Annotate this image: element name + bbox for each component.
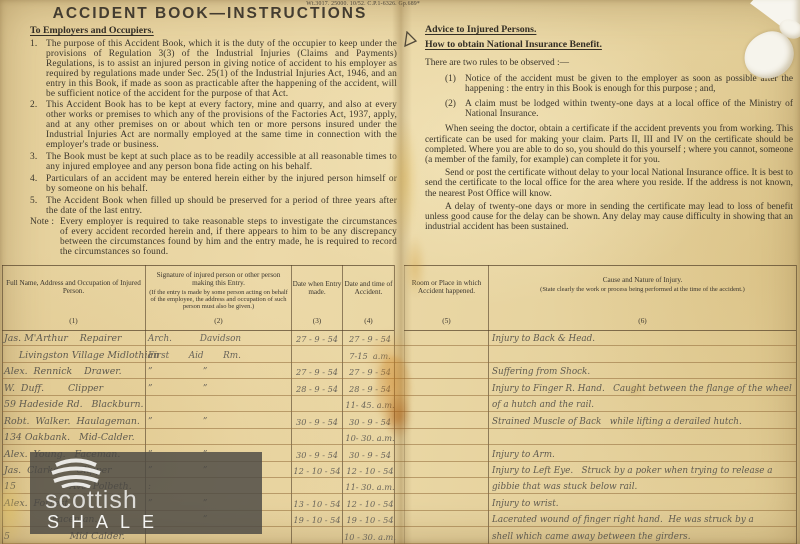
cause-cell: Injury to Left Eye. Struck by a poker wh… — [492, 466, 772, 476]
col-header-name: Full Name, Address and Occupation of Inj… — [2, 266, 145, 330]
item-number: 2. — [30, 101, 46, 151]
advice-paragraph: Send or post the certificate without del… — [425, 168, 793, 199]
cause-cell: gibbie that was stuck below rail. — [492, 482, 637, 492]
watermark: scottish SHALE — [30, 452, 262, 534]
instruction-list: 1. The purpose of this Accident Book, wh… — [30, 40, 397, 258]
globe-icon — [48, 458, 104, 488]
advice-column: Advice to Injured Persons. How to obtain… — [425, 24, 793, 235]
center-fold-shadow — [392, 0, 412, 544]
instruction-item: Note : Every employer is required to tak… — [30, 218, 397, 258]
entry-date-cell: 19 - 10 - 54 — [291, 515, 343, 525]
col-header-room: Room or Place in which Accident happened… — [405, 266, 488, 330]
item-text: The purpose of this Accident Book, which… — [46, 40, 397, 99]
accident-date-cell: 7-15 a.m. — [343, 351, 397, 361]
accident-date-cell: 27 - 9 - 54 — [343, 367, 397, 377]
benefit-heading: How to obtain National Insurance Benefit… — [425, 39, 793, 50]
accident-date-cell: 28 - 9 - 54 — [343, 384, 397, 394]
signature-cell: First Aid Rm. — [148, 351, 241, 361]
rule-text: A claim must be lodged within twenty-one… — [465, 99, 793, 119]
accident-date-cell: 11- 45. a.m. — [343, 400, 397, 410]
item-text: Particulars of an accident may be entere… — [46, 175, 397, 195]
rule-item: (1) Notice of the accident must be given… — [445, 74, 793, 94]
employers-heading: To Employers and Occupiers. — [30, 25, 397, 36]
rules-list: (1) Notice of the accident must be given… — [425, 74, 793, 119]
advice-paragraph: When seeing the doctor, obtain a certifi… — [425, 124, 793, 165]
table-border — [796, 265, 797, 544]
name-cell: Livingston Village Midlothian — [4, 350, 159, 361]
col-header-entry-date: Date when Entry made. (3) — [292, 266, 342, 330]
accident-book-scan: Wt.3017. 25000. 10/52. C.P.1-6326. Gp.68… — [0, 0, 800, 544]
entry-date-cell: 13 - 10 - 54 — [291, 499, 343, 509]
item-text: The Accident Book when filled up should … — [46, 197, 397, 217]
accident-date-cell: 30 - 9 - 54 — [343, 450, 397, 460]
instruction-item: 1. The purpose of this Accident Book, wh… — [30, 40, 397, 99]
col-header-signature: Signature of injured person or other per… — [146, 266, 291, 330]
entry-date-cell: 12 - 10 - 54 — [291, 466, 343, 476]
accident-date-cell: 27 - 9 - 54 — [343, 334, 397, 344]
item-number: 1. — [30, 40, 46, 99]
rule-item: (2) A claim must be lodged within twenty… — [445, 99, 793, 119]
cause-cell: Strained Muscle of Back while lifting a … — [492, 417, 742, 427]
cause-cell: of a hutch and the rail. — [492, 400, 594, 410]
instruction-item: 3. The Book must be kept at such place a… — [30, 153, 397, 173]
item-text: The Book must be kept at such place as t… — [46, 153, 397, 173]
signature-cell: ” ” — [148, 384, 207, 394]
cause-cell: Injury to wrist. — [492, 499, 559, 509]
item-text: This Accident Book has to be kept at eve… — [46, 101, 397, 151]
cause-cell: Injury to Back & Head. — [492, 334, 595, 344]
name-cell: Alex. Rennick Drawer. — [4, 366, 122, 377]
col-header-accident-date: Date and time of Accident. (4) — [343, 266, 394, 330]
cause-cell: shell which came away between the girder… — [492, 532, 691, 542]
cause-cell: Injury to Finger R. Hand. Caught between… — [492, 384, 792, 394]
signature-cell: ” ” — [148, 417, 207, 427]
instruction-item: 2. This Accident Book has to be kept at … — [30, 101, 397, 151]
accident-date-cell: 30 - 9 - 54 — [343, 417, 397, 427]
advice-heading: Advice to Injured Persons. — [425, 24, 793, 35]
rule-text: Notice of the accident must be given to … — [465, 74, 793, 94]
entry-date-cell: 27 - 9 - 54 — [291, 334, 343, 344]
signature-cell: ” ” — [148, 367, 207, 377]
name-cell: Jas. M'Arthur Repairer — [4, 333, 122, 344]
watermark-text-shale: SHALE — [47, 513, 166, 531]
instruction-item: 4. Particulars of an accident may be ent… — [30, 175, 397, 195]
accident-date-cell: 19 - 10 - 54 — [343, 515, 397, 525]
item-number: Note : — [30, 218, 60, 258]
pen-mark-icon — [403, 31, 418, 48]
item-number: 5. — [30, 197, 46, 217]
entry-date-cell: 27 - 9 - 54 — [291, 367, 343, 377]
watermark-text-scottish: scottish — [45, 488, 138, 513]
accident-date-cell: 12 - 10 - 54 — [343, 499, 397, 509]
item-number: 4. — [30, 175, 46, 195]
accident-date-cell: 11- 30. a.m. — [343, 482, 397, 492]
advice-paragraph: A delay of twenty-one days or more in se… — [425, 202, 793, 233]
advice-paragraphs: When seeing the doctor, obtain a certifi… — [425, 124, 793, 232]
employers-column: To Employers and Occupiers. 1. The purpo… — [30, 25, 397, 260]
rule-number: (1) — [445, 74, 465, 94]
cause-cell: Injury to Arm. — [492, 450, 555, 460]
cause-cell: Lacerated wound of finger right hand. He… — [492, 515, 754, 525]
accident-date-cell: 12 - 10 - 54 — [343, 466, 397, 476]
entry-date-cell: 28 - 9 - 54 — [291, 384, 343, 394]
entry-date-cell: 30 - 9 - 54 — [291, 450, 343, 460]
accident-date-cell: 10- 30. a.m. — [343, 433, 397, 443]
entry-date-cell: 30 - 9 - 54 — [291, 417, 343, 427]
rule-number: (2) — [445, 99, 465, 119]
name-cell: 134 Oakbank. Mid-Calder. — [4, 432, 135, 443]
signature-cell: Arch. Davidson — [148, 334, 241, 344]
name-cell: 59 Hadeside Rd. Blackburn. — [4, 399, 144, 410]
cause-cell: Suffering from Shock. — [492, 367, 590, 377]
name-cell: W. Duff. Clipper — [4, 383, 103, 394]
rules-intro: There are two rules to be observed :— — [425, 58, 793, 68]
col-header-cause: Cause and Nature of Injury. (State clear… — [489, 266, 796, 330]
item-number: 3. — [30, 153, 46, 173]
accident-date-cell: 10 - 30. a.m. — [343, 532, 397, 542]
name-cell: Robt. Walker. Haulageman. — [4, 416, 140, 427]
instruction-item: 5. The Accident Book when filled up shou… — [30, 197, 397, 217]
item-text: Every employer is required to take reaso… — [60, 218, 397, 258]
page-title: ACCIDENT BOOK—INSTRUCTIONS — [45, 5, 375, 23]
